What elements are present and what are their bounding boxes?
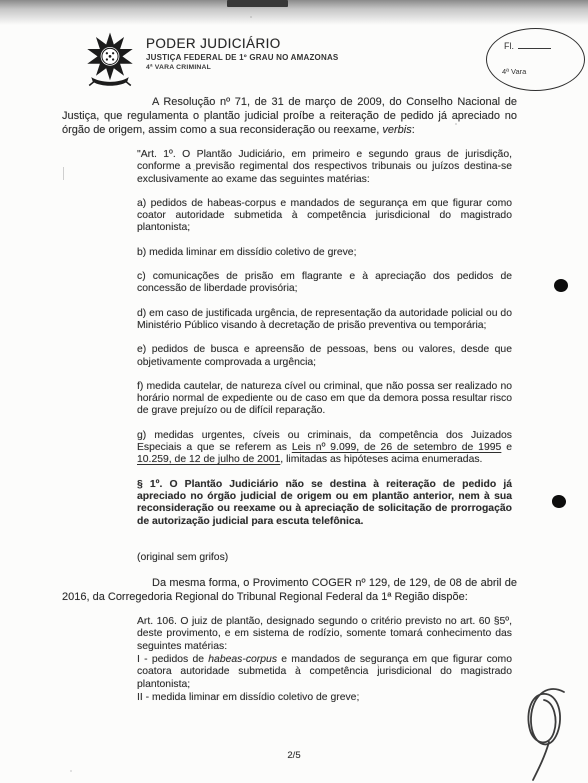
- paragraph-5: c) comunicações de prisão em flagrante e…: [137, 271, 512, 296]
- text-segment: (original sem grifos): [137, 552, 228, 563]
- text-segment: I - pedidos de: [137, 654, 208, 665]
- text-segment: 10.259, de 12 de julho de 2001: [137, 454, 280, 465]
- folio-blank-line: [518, 40, 551, 49]
- letterhead-text: PODER JUDICIÁRIO JUSTIÇA FEDERAL DE 1º G…: [146, 31, 338, 89]
- text-segment: Art. 106. O juiz de plantão, designado s…: [137, 616, 512, 652]
- paragraph-6: d) em caso de justificada urgência, de r…: [137, 308, 512, 333]
- text-segment: Da mesma forma, o Provimento COGER nº 12…: [62, 577, 517, 603]
- paragraph-7: e) pedidos de busca e apreensão de pesso…: [137, 344, 512, 369]
- scan-noise-specks: [250, 16, 252, 18]
- text-segment: c) comunicações de prisão em flagrante e…: [137, 271, 512, 294]
- paragraph-4: b) medida liminar em dissídio coletivo d…: [137, 247, 512, 259]
- punch-hole-mark: [554, 279, 568, 292]
- text-segment: habeas-corpus: [208, 654, 277, 665]
- text-segment: § 1º. O Plantão Judiciário não se destin…: [137, 479, 512, 527]
- text-segment: "Art. 1º. O Plantão Judiciário, em prime…: [137, 149, 512, 185]
- page-number: 2/5: [0, 750, 588, 761]
- folio-label-row: Fl.: [504, 40, 551, 51]
- text-segment: A Resolução nº 71, de 31 de março de 200…: [62, 96, 517, 136]
- paragraph-13: Art. 106. O juiz de plantão, designado s…: [137, 616, 512, 653]
- scan-artifact-bar: [227, 0, 288, 7]
- paragraph-15: II - medida liminar em dissídio coletivo…: [137, 692, 512, 704]
- paragraph-9: g) medidas urgentes, cíveis ou criminais…: [137, 430, 512, 467]
- brazil-coat-of-arms-icon: [84, 31, 136, 89]
- folio-label: Fl.: [504, 41, 514, 51]
- letterhead: PODER JUDICIÁRIO JUSTIÇA FEDERAL DE 1º G…: [84, 31, 338, 89]
- paragraph-8: f) medida cautelar, de natureza cível ou…: [137, 381, 512, 418]
- stamp-vara-label: 4ª Vara: [502, 67, 526, 76]
- unit-name: 4ª VARA CRIMINAL: [146, 64, 338, 71]
- paragraph-1: A Resolução nº 71, de 31 de março de 200…: [62, 95, 517, 137]
- text-segment: II - medida liminar em dissídio coletivo…: [137, 692, 359, 703]
- org-name: PODER JUDICIÁRIO: [146, 36, 338, 51]
- text-segment: e) pedidos de busca e apreensão de pesso…: [137, 344, 512, 367]
- paragraph-14: I - pedidos de habeas-corpus e mandados …: [137, 654, 512, 691]
- text-segment: verbis: [382, 124, 411, 136]
- paragraph-11: (original sem grifos): [137, 552, 512, 564]
- text-segment: Leis nº 9.099, de 26 de setembro de 1995: [292, 442, 502, 453]
- text-segment: :: [412, 124, 415, 136]
- text-segment: b) medida liminar em dissídio coletivo d…: [137, 247, 356, 258]
- signature-scribble: [504, 686, 582, 782]
- text-segment: d) em caso de justificada urgência, de r…: [137, 308, 512, 331]
- text-segment: a) pedidos de habeas-corpus e mandados d…: [137, 198, 512, 234]
- court-name: JUSTIÇA FEDERAL DE 1º GRAU NO AMAZONAS: [146, 53, 338, 62]
- paragraph-12: Da mesma forma, o Provimento COGER nº 12…: [62, 576, 517, 604]
- scanned-document-page: PODER JUDICIÁRIO JUSTIÇA FEDERAL DE 1º G…: [0, 0, 588, 783]
- paragraph-10: § 1º. O Plantão Judiciário não se destin…: [137, 479, 512, 528]
- text-segment: , limitadas as hipóteses acima enumerada…: [280, 454, 482, 465]
- document-body: A Resolução nº 71, de 31 de março de 200…: [62, 95, 517, 704]
- text-segment: e: [501, 442, 512, 453]
- punch-hole-mark: [552, 495, 566, 508]
- text-segment: f) medida cautelar, de natureza cível ou…: [137, 381, 512, 417]
- paragraph-3: a) pedidos de habeas-corpus e mandados d…: [137, 198, 512, 235]
- scan-shadow-gradient: [0, 0, 588, 26]
- folio-stamp: Fl. 4ª Vara: [486, 28, 585, 91]
- paragraph-2: "Art. 1º. O Plantão Judiciário, em prime…: [137, 149, 512, 186]
